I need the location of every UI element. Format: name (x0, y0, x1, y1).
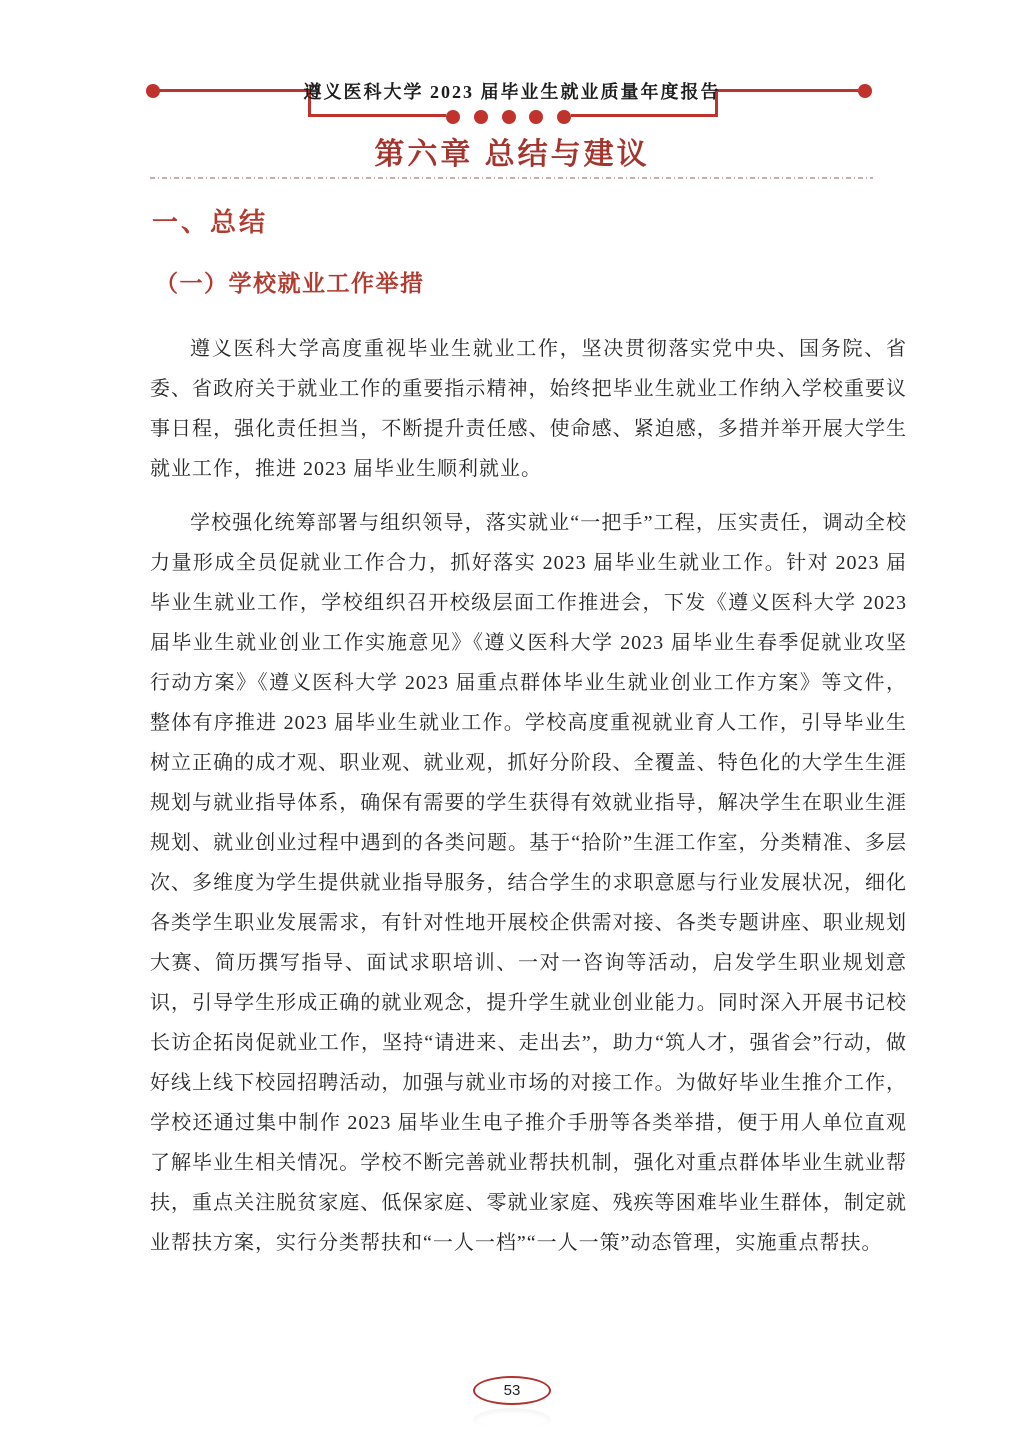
dashed-divider (150, 177, 873, 179)
section-heading: 一、总结 (152, 202, 268, 239)
separator-dot-icon (474, 110, 488, 124)
subsection-heading: （一）学校就业工作举措 (155, 265, 425, 298)
page-number-badge: 53 (473, 1376, 551, 1405)
separator-dot-icon (446, 110, 460, 124)
page-number: 53 (504, 1382, 521, 1399)
report-title: 遵义医科大学 2023 届毕业生就业质量年度报告 (0, 78, 1024, 104)
body-paragraph-2: 学校强化统筹部署与组织领导，落实就业“一把手”工程，压实责任，调动全校力量形成全… (150, 503, 907, 1263)
page-number-reflection (473, 1408, 551, 1432)
separator-dot-icon (557, 110, 571, 124)
separator-dot-icon (529, 110, 543, 124)
header-rule-line-under-left (308, 114, 446, 117)
chapter-title: 第六章 总结与建议 (0, 129, 1024, 173)
body-paragraph-1: 遵义医科大学高度重视毕业生就业工作，坚决贯彻落实党中央、国务院、省委、省政府关于… (150, 329, 907, 489)
document-page: 遵义医科大学 2023 届毕业生就业质量年度报告 第六章 总结与建议 一、总结 … (0, 0, 1024, 1448)
separator-dot-icon (502, 110, 516, 124)
header-rule-line-under-right (571, 114, 718, 117)
